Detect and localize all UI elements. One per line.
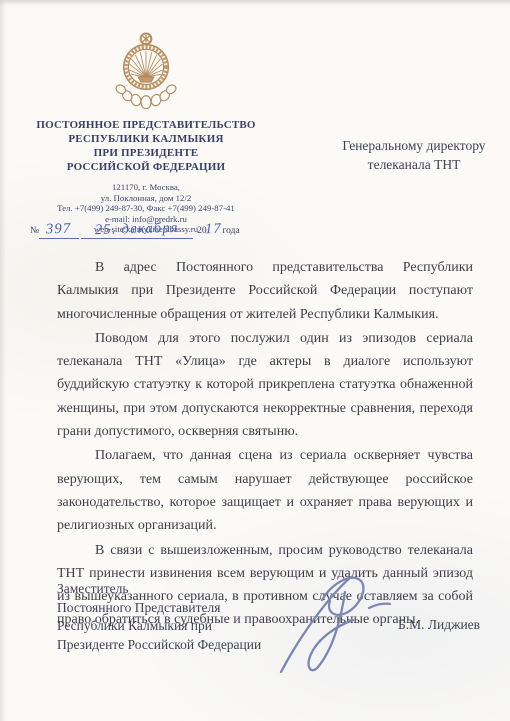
scan-edge-top (0, 0, 510, 5)
handwritten-signature-icon (256, 568, 406, 686)
number-sign: № (30, 226, 39, 236)
org-line: ПОСТОЯННОЕ ПРЕДСТАВИТЕЛЬСТВО (28, 118, 264, 132)
org-line: РОССИЙСКОЙ ФЕДЕРАЦИИ (28, 160, 264, 174)
addressee-line: Генеральному директору (330, 136, 498, 155)
handwritten-year: 17 (204, 221, 221, 238)
letterhead: ПОСТОЯННОЕ ПРЕДСТАВИТЕЛЬСТВО РЕСПУБЛИКИ … (28, 32, 264, 235)
year-suffix: года (222, 226, 239, 236)
addressee-line: телеканала ТНТ (330, 155, 498, 174)
handwritten-date: 25. декабря (95, 220, 179, 239)
org-line: РЕСПУБЛИКИ КАЛМЫКИЯ (28, 132, 264, 146)
body-paragraph: В адрес Постоянного представительства Ре… (57, 256, 473, 326)
kalmykia-coat-of-arms-icon (110, 32, 182, 112)
address-line: 121170, г. Москва, (28, 182, 264, 193)
body-paragraph: Поводом для этого послужил один из эпизо… (57, 327, 473, 443)
org-line: ПРИ ПРЕЗИДЕНТЕ (28, 146, 264, 160)
scan-edge-left (0, 0, 6, 721)
reference-line: №39725. декабря 2017года (30, 220, 290, 239)
address-line: Тел. +7(499) 249-87-30, Факс +7(499) 249… (28, 203, 264, 214)
body-paragraph: Полагаем, что данная сцена из сериала ос… (57, 444, 473, 537)
handwritten-number: 397 (46, 221, 72, 239)
addressee-block: Генеральному директору телеканала ТНТ (330, 136, 498, 174)
signatory-name: Б.М. Лиджиев (398, 617, 480, 633)
address-line: ул. Поклонная, дом 12/2 (28, 193, 264, 204)
organization-name: ПОСТОЯННОЕ ПРЕДСТАВИТЕЛЬСТВО РЕСПУБЛИКИ … (28, 118, 264, 174)
